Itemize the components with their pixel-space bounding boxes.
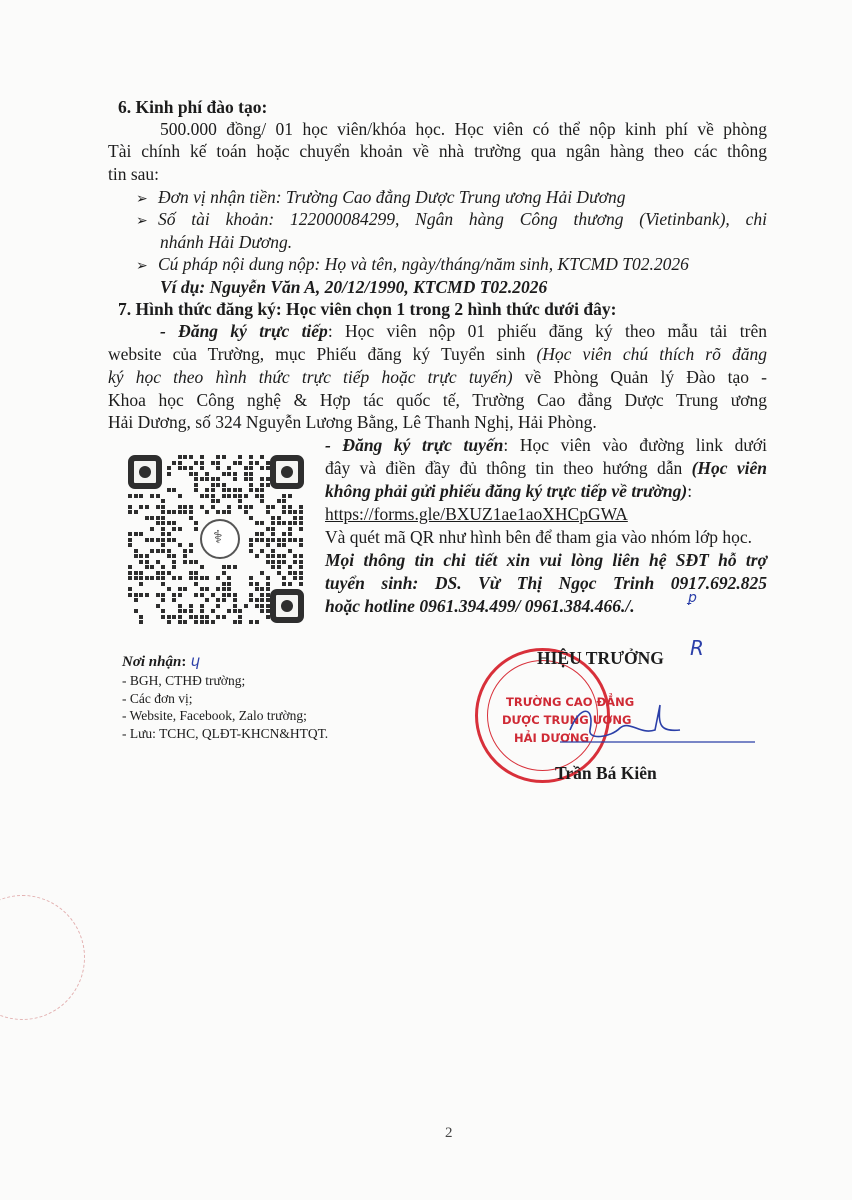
direct-note: ký học theo hình thức trực tiếp hoặc trự… xyxy=(108,367,513,387)
qr-module xyxy=(266,527,270,531)
qr-module xyxy=(189,510,193,514)
recipients-list: - BGH, CTHĐ trường; - Các đơn vị; - Webs… xyxy=(122,672,328,742)
qr-module xyxy=(216,598,220,602)
qr-module xyxy=(266,505,270,509)
initial-mark: ꝑ xyxy=(688,590,697,606)
qr-module xyxy=(260,483,264,487)
qr-module xyxy=(266,587,270,591)
qr-module xyxy=(299,571,303,575)
qr-module xyxy=(161,516,165,520)
qr-module xyxy=(128,571,132,575)
qr-module xyxy=(156,516,160,520)
qr-module xyxy=(249,598,253,602)
qr-module xyxy=(194,461,198,465)
qr-module xyxy=(139,582,143,586)
qr-module xyxy=(271,538,275,542)
qr-module xyxy=(172,560,176,564)
qr-module xyxy=(282,560,286,564)
qr-module xyxy=(161,549,165,553)
qr-module xyxy=(183,510,187,514)
qr-module xyxy=(183,560,187,564)
qr-module xyxy=(222,598,226,602)
caduceus-logo xyxy=(200,519,240,559)
direct-line1: - Đăng ký trực tiếp: Học viên nộp 01 phi… xyxy=(160,320,767,342)
section6-para-line3: tin sau: xyxy=(108,163,159,185)
section7-heading: 7. Hình thức đăng ký: Học viên chọn 1 tr… xyxy=(118,298,616,320)
qr-module xyxy=(139,615,143,619)
qr-module xyxy=(167,538,171,542)
qr-module xyxy=(266,604,270,608)
qr-module xyxy=(255,598,259,602)
qr-module xyxy=(189,549,193,553)
qr-module xyxy=(216,466,220,470)
qr-module xyxy=(266,576,270,580)
qr-module xyxy=(288,571,292,575)
payment-example: Ví dụ: Nguyễn Văn A, 20/12/1990, KTCMD T… xyxy=(160,276,547,298)
qr-module xyxy=(222,455,226,459)
bullet-syntax: ➢Cú pháp nội dung nộp: Họ và tên, ngày/t… xyxy=(136,253,689,278)
qr-module xyxy=(227,494,231,498)
qr-module xyxy=(260,532,264,536)
qr-module xyxy=(266,582,270,586)
qr-module xyxy=(134,598,138,602)
qr-module xyxy=(156,560,160,564)
qr-module xyxy=(282,532,286,536)
qr-module xyxy=(211,499,215,503)
qr-module xyxy=(222,494,226,498)
colon: : xyxy=(687,481,692,501)
qr-module xyxy=(134,494,138,498)
qr-finder xyxy=(270,589,304,623)
qr-module xyxy=(211,461,215,465)
qr-module xyxy=(200,609,204,613)
registration-form-link[interactable]: https://forms.gle/BXUZ1ae1aoXHCpGWA xyxy=(325,503,628,525)
qr-module xyxy=(161,571,165,575)
qr-module xyxy=(156,494,160,498)
qr-module xyxy=(183,505,187,509)
qr-module xyxy=(249,549,253,553)
qr-module xyxy=(233,472,237,476)
qr-module xyxy=(211,477,215,481)
qr-module xyxy=(172,593,176,597)
qr-module xyxy=(200,505,204,509)
qr-module xyxy=(205,615,209,619)
qr-module xyxy=(249,477,253,481)
recipient-item: - Các đơn vị; xyxy=(122,690,328,708)
qr-module xyxy=(266,466,270,470)
direct-line3: ký học theo hình thức trực tiếp hoặc trự… xyxy=(108,366,767,388)
qr-module xyxy=(205,598,209,602)
qr-module xyxy=(249,466,253,470)
qr-module xyxy=(222,593,226,597)
signature-icon xyxy=(560,700,760,750)
qr-module xyxy=(238,505,242,509)
qr-module xyxy=(288,532,292,536)
qr-module xyxy=(128,532,132,536)
qr-module xyxy=(205,494,209,498)
qr-module xyxy=(233,565,237,569)
qr-module xyxy=(194,560,198,564)
qr-module xyxy=(288,521,292,525)
qr-module xyxy=(128,593,132,597)
qr-module xyxy=(167,620,171,624)
qr-module xyxy=(167,571,171,575)
qr-module xyxy=(189,576,193,580)
qr-module xyxy=(299,505,303,509)
qr-module xyxy=(233,593,237,597)
qr-module xyxy=(189,571,193,575)
qr-module xyxy=(293,538,297,542)
qr-module xyxy=(128,505,132,509)
qr-module xyxy=(249,505,253,509)
qr-module xyxy=(227,510,231,514)
qr-module xyxy=(178,527,182,531)
qr-module xyxy=(178,466,182,470)
qr-module xyxy=(205,620,209,624)
qr-module xyxy=(271,549,275,553)
qr-module xyxy=(244,604,248,608)
qr-module xyxy=(172,576,176,580)
qr-module xyxy=(150,538,154,542)
qr-module xyxy=(145,505,149,509)
qr-module xyxy=(233,598,237,602)
online-note: (Học viên xyxy=(692,458,767,478)
qr-module xyxy=(293,516,297,520)
qr-module xyxy=(139,571,143,575)
qr-module xyxy=(145,560,149,564)
qr-module xyxy=(277,565,281,569)
qr-module xyxy=(299,521,303,525)
qr-module xyxy=(266,461,270,465)
direct-text: về Phòng Quản lý Đào tạo - xyxy=(513,367,767,387)
qr-module xyxy=(134,532,138,536)
qr-module xyxy=(128,538,132,542)
qr-module xyxy=(200,587,204,591)
qr-module xyxy=(255,521,259,525)
qr-module xyxy=(293,510,297,514)
qr-module xyxy=(161,532,165,536)
online-line3: không phải gửi phiếu đăng ký trực tiếp v… xyxy=(325,480,692,502)
qr-module xyxy=(150,565,154,569)
qr-module xyxy=(211,620,215,624)
qr-module xyxy=(277,521,281,525)
qr-module xyxy=(233,494,237,498)
qr-module xyxy=(216,461,220,465)
qr-module xyxy=(194,521,198,525)
qr-module xyxy=(128,494,132,498)
qr-module xyxy=(249,593,253,597)
direct-line2: website của Trường, mục Phiếu đăng ký Tu… xyxy=(108,343,767,365)
qr-module xyxy=(222,483,226,487)
qr-module xyxy=(288,582,292,586)
qr-module xyxy=(227,582,231,586)
qr-module xyxy=(216,510,220,514)
bullet-account: ➢Số tài khoản: 122000084299, Ngân hàng C… xyxy=(136,208,767,233)
bullet-text: Cú pháp nội dung nộp: Họ và tên, ngày/th… xyxy=(158,254,689,274)
qr-module xyxy=(260,538,264,542)
qr-module xyxy=(249,455,253,459)
qr-module xyxy=(266,510,270,514)
qr-module xyxy=(145,576,149,580)
qr-module xyxy=(167,521,171,525)
qr-module xyxy=(249,538,253,542)
qr-module xyxy=(211,609,215,613)
qr-module xyxy=(260,499,264,503)
direct-label: - Đăng ký trực tiếp xyxy=(160,321,328,341)
qr-module xyxy=(255,488,259,492)
qr-module xyxy=(255,532,259,536)
qr-module xyxy=(194,576,198,580)
recipient-item: - BGH, CTHĐ trường; xyxy=(122,672,328,690)
online-text: đây và điền đầy đủ thông tin theo hướng … xyxy=(325,458,692,478)
qr-module xyxy=(183,455,187,459)
qr-module xyxy=(183,549,187,553)
qr-module xyxy=(277,516,281,520)
faint-stamp-mark xyxy=(0,895,85,1020)
qr-module xyxy=(150,494,154,498)
section6-para-line2: Tài chính kế toán hoặc chuyển khoản về n… xyxy=(108,140,767,162)
qr-module xyxy=(172,554,176,558)
qr-module xyxy=(293,571,297,575)
qr-module xyxy=(249,582,253,586)
qr-module xyxy=(288,538,292,542)
qr-module xyxy=(271,516,275,520)
qr-module xyxy=(271,560,275,564)
initial-mark: R xyxy=(690,636,704,660)
qr-module xyxy=(238,455,242,459)
qr-module xyxy=(139,620,143,624)
qr-module xyxy=(200,593,204,597)
qr-module xyxy=(238,615,242,619)
qr-module xyxy=(249,576,253,580)
online-note: không phải gửi phiếu đăng ký trực tiếp v… xyxy=(325,481,687,501)
qr-module xyxy=(260,593,264,597)
qr-module xyxy=(260,549,264,553)
qr-module xyxy=(260,455,264,459)
qr-module xyxy=(178,620,182,624)
qr-module xyxy=(299,554,303,558)
qr-module xyxy=(156,604,160,608)
qr-module xyxy=(194,488,198,492)
qr-module xyxy=(200,461,204,465)
qr-module xyxy=(271,532,275,536)
qr-module xyxy=(211,505,215,509)
qr-module xyxy=(189,516,193,520)
qr-module xyxy=(255,554,259,558)
qr-module xyxy=(200,620,204,624)
qr-module xyxy=(238,620,242,624)
contact-line1: Mọi thông tin chi tiết xin vui lòng liên… xyxy=(325,549,767,571)
qr-module xyxy=(255,582,259,586)
direct-text: : Học viên nộp 01 phiếu đăng ký theo mẫu… xyxy=(328,321,767,341)
recipient-item: - Lưu: TCHC, QLĐT-KHCN&HTQT. xyxy=(122,725,328,743)
qr-module xyxy=(183,466,187,470)
qr-module xyxy=(282,505,286,509)
qr-module xyxy=(227,565,231,569)
qr-module xyxy=(282,538,286,542)
qr-module xyxy=(288,565,292,569)
bullet-account-cont: nhánh Hải Dương. xyxy=(160,231,292,253)
qr-module xyxy=(161,609,165,613)
qr-module xyxy=(189,609,193,613)
qr-module xyxy=(260,521,264,525)
qr-module xyxy=(172,615,176,619)
qr-module xyxy=(227,576,231,580)
qr-module xyxy=(172,521,176,525)
qr-module xyxy=(222,488,226,492)
qr-module xyxy=(167,532,171,536)
qr-module xyxy=(293,521,297,525)
qr-module xyxy=(260,477,264,481)
qr-module xyxy=(183,587,187,591)
qr-module xyxy=(178,604,182,608)
qr-module xyxy=(227,587,231,591)
qr-module xyxy=(172,598,176,602)
online-line2: đây và điền đầy đủ thông tin theo hướng … xyxy=(325,457,767,479)
qr-module xyxy=(211,494,215,498)
qr-module xyxy=(145,565,149,569)
qr-module xyxy=(200,604,204,608)
qr-module xyxy=(178,576,182,580)
qr-module xyxy=(167,466,171,470)
qr-module xyxy=(233,477,237,481)
qr-module xyxy=(216,587,220,591)
qr-module xyxy=(161,505,165,509)
qr-module xyxy=(222,587,226,591)
qr-module xyxy=(200,576,204,580)
qr-module xyxy=(200,615,204,619)
qr-module xyxy=(194,571,198,575)
qr-module xyxy=(150,516,154,520)
qr-module xyxy=(161,538,165,542)
qr-module xyxy=(260,488,264,492)
qr-module xyxy=(161,543,165,547)
qr-module xyxy=(172,565,176,569)
qr-module xyxy=(156,571,160,575)
qr-module xyxy=(167,615,171,619)
qr-module xyxy=(255,587,259,591)
qr-module xyxy=(299,560,303,564)
qr-module xyxy=(299,582,303,586)
qr-module xyxy=(222,510,226,514)
section6-para-line1: 500.000 đồng/ 01 học viên/khóa học. Học … xyxy=(160,118,767,140)
qr-module xyxy=(233,488,237,492)
qr-module xyxy=(194,527,198,531)
qr-module xyxy=(244,505,248,509)
qr-module xyxy=(189,455,193,459)
qr-code-icon[interactable] xyxy=(128,455,308,627)
qr-module xyxy=(178,609,182,613)
qr-module xyxy=(167,549,171,553)
qr-module xyxy=(156,576,160,580)
qr-module xyxy=(161,593,165,597)
online-label: - Đăng ký trực tuyến xyxy=(325,435,503,455)
qr-module xyxy=(249,483,253,487)
qr-module xyxy=(134,510,138,514)
qr-module xyxy=(150,576,154,580)
qr-module xyxy=(266,615,270,619)
qr-module xyxy=(288,494,292,498)
qr-module xyxy=(172,461,176,465)
qr-module xyxy=(266,609,270,613)
qr-module xyxy=(134,609,138,613)
qr-module xyxy=(194,472,198,476)
qr-module xyxy=(161,576,165,580)
principal-name: Trần Bá Kiên xyxy=(555,762,657,784)
qr-module xyxy=(238,461,242,465)
online-text: : Học viên vào đường link dưới xyxy=(503,435,767,455)
qr-module xyxy=(205,488,209,492)
qr-module xyxy=(222,615,226,619)
qr-note: Và quét mã QR như hình bên để tham gia v… xyxy=(325,526,752,548)
qr-module xyxy=(282,543,286,547)
qr-module xyxy=(238,609,242,613)
qr-module xyxy=(178,461,182,465)
qr-module xyxy=(183,554,187,558)
qr-module xyxy=(277,499,281,503)
qr-module xyxy=(134,593,138,597)
qr-module xyxy=(161,521,165,525)
qr-module xyxy=(271,554,275,558)
qr-module xyxy=(277,554,281,558)
qr-module xyxy=(293,554,297,558)
qr-module xyxy=(255,538,259,542)
qr-module xyxy=(249,543,253,547)
qr-module xyxy=(167,488,171,492)
qr-module xyxy=(172,488,176,492)
qr-finder xyxy=(270,455,304,489)
qr-module xyxy=(156,521,160,525)
qr-module xyxy=(167,510,171,514)
qr-module xyxy=(194,477,198,481)
qr-module xyxy=(216,499,220,503)
qr-module xyxy=(260,598,264,602)
qr-module xyxy=(266,554,270,558)
direct-text: website của Trường, mục Phiếu đăng ký Tu… xyxy=(108,344,536,364)
qr-module xyxy=(255,461,259,465)
qr-module xyxy=(299,576,303,580)
qr-module xyxy=(293,560,297,564)
qr-module xyxy=(244,472,248,476)
qr-module xyxy=(139,554,143,558)
qr-module xyxy=(227,505,231,509)
qr-module xyxy=(233,620,237,624)
qr-module xyxy=(211,488,215,492)
qr-module xyxy=(194,615,198,619)
qr-module xyxy=(277,560,281,564)
qr-module xyxy=(172,538,176,542)
qr-module xyxy=(277,543,281,547)
qr-module xyxy=(183,620,187,624)
qr-module xyxy=(145,554,149,558)
qr-module xyxy=(189,472,193,476)
qr-module xyxy=(249,516,253,520)
qr-module xyxy=(178,455,182,459)
qr-module xyxy=(167,472,171,476)
qr-module xyxy=(172,510,176,514)
qr-module xyxy=(266,538,270,542)
qr-module xyxy=(205,510,209,514)
qr-module xyxy=(194,483,198,487)
qr-module xyxy=(172,527,176,531)
qr-module xyxy=(200,477,204,481)
qr-module xyxy=(216,576,220,580)
qr-module xyxy=(189,505,193,509)
qr-module xyxy=(222,565,226,569)
qr-module xyxy=(227,472,231,476)
qr-module xyxy=(134,576,138,580)
qr-module xyxy=(178,587,182,591)
